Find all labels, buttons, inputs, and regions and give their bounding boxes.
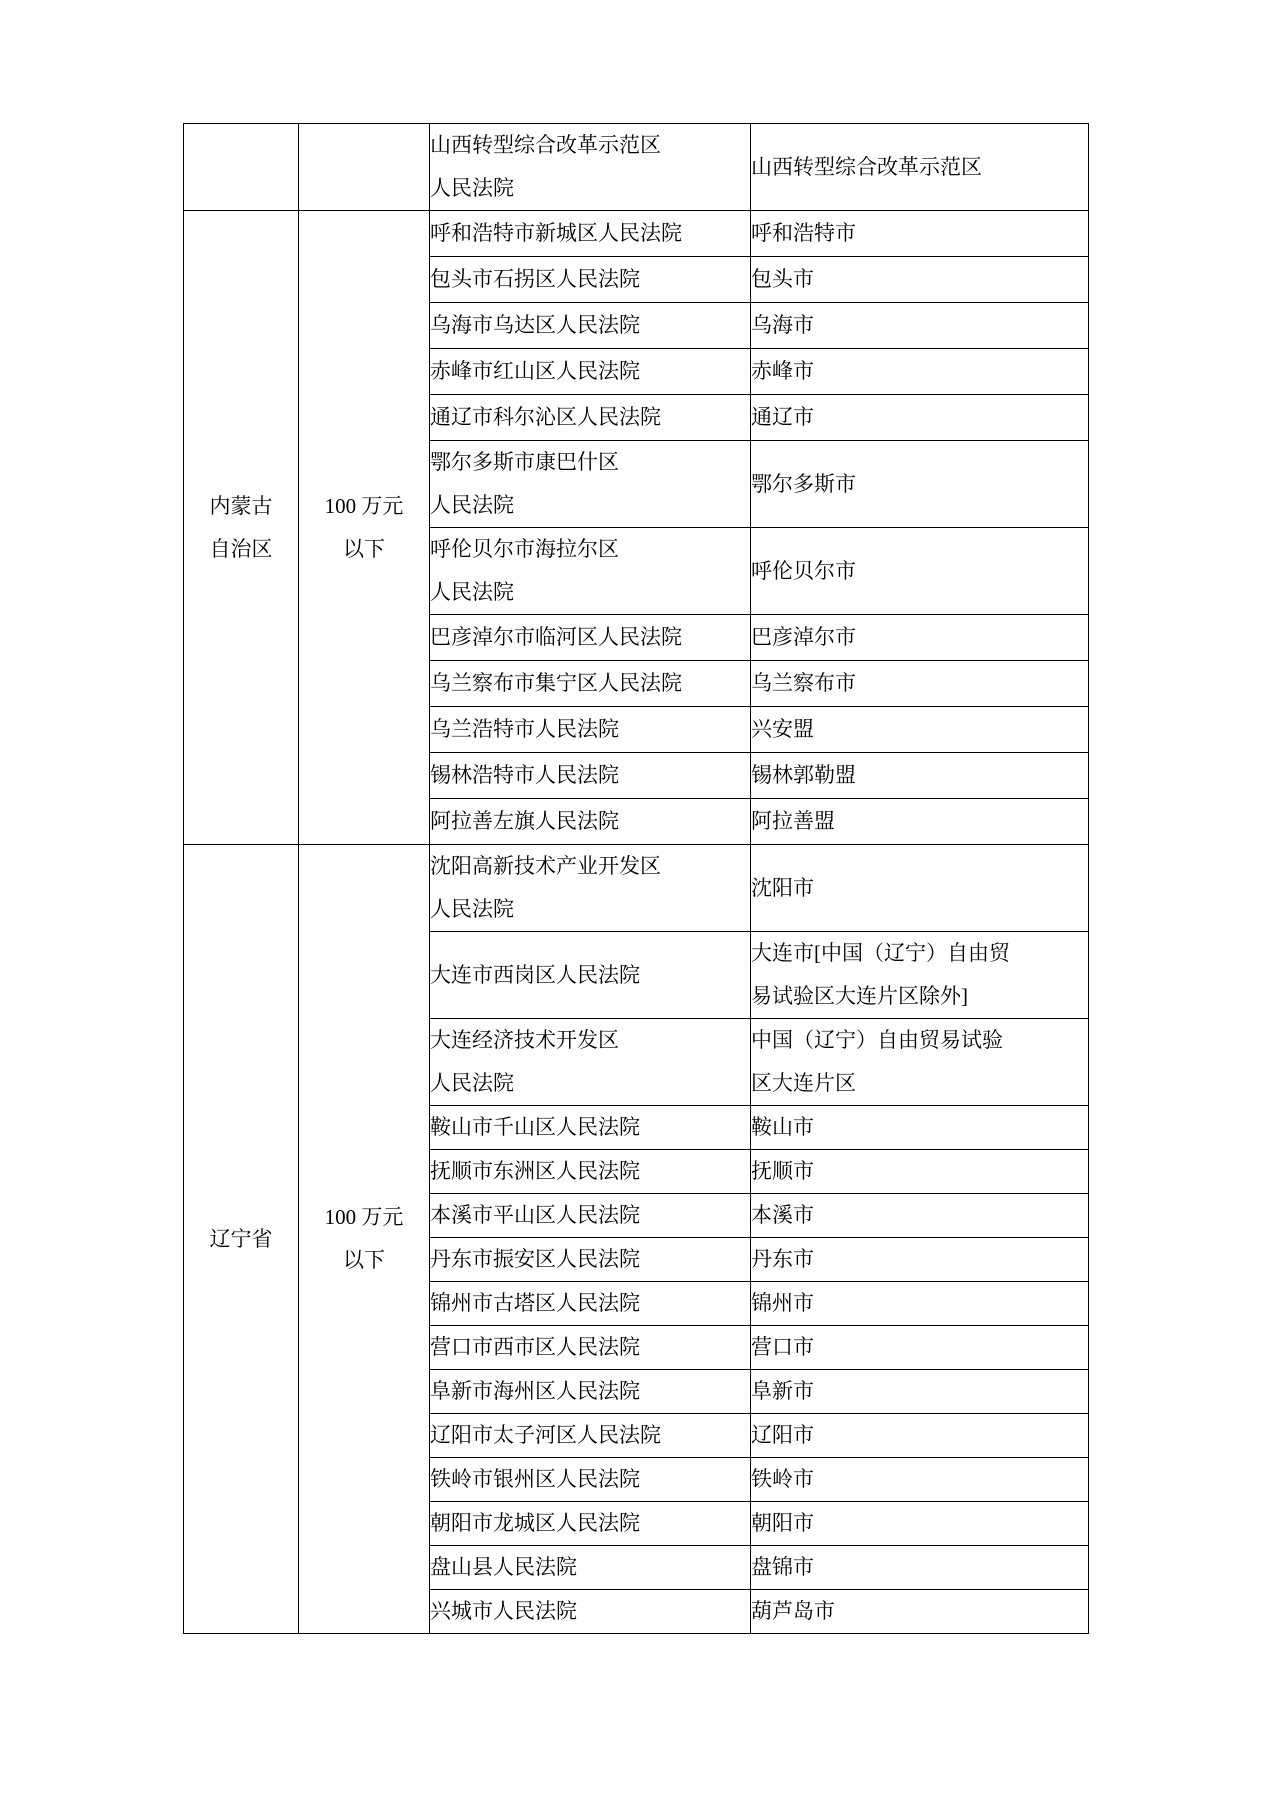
court-name-cell: 本溪市平山区人民法院	[430, 1194, 751, 1238]
court-name-cell: 铁岭市银州区人民法院	[430, 1458, 751, 1502]
region-cell: 通辽市	[751, 395, 1089, 441]
region-cell: 兴安盟	[751, 707, 1089, 753]
region-cell: 巴彦淖尔市	[751, 615, 1089, 661]
court-name-cell: 盘山县人民法院	[430, 1546, 751, 1590]
court-name-cell: 赤峰市红山区人民法院	[430, 349, 751, 395]
amount-threshold-cell	[299, 124, 430, 211]
region-cell: 鞍山市	[751, 1106, 1089, 1150]
court-name-cell: 大连市西岗区人民法院	[430, 932, 751, 1019]
region-cell: 铁岭市	[751, 1458, 1089, 1502]
region-cell: 锡林郭勒盟	[751, 753, 1089, 799]
court-name-cell: 锦州市古塔区人民法院	[430, 1282, 751, 1326]
table-row: 内蒙古 自治区100 万元 以下呼和浩特市新城区人民法院呼和浩特市	[184, 211, 1089, 257]
region-cell: 抚顺市	[751, 1150, 1089, 1194]
region-cell: 盘锦市	[751, 1546, 1089, 1590]
region-cell: 乌兰察布市	[751, 661, 1089, 707]
region-cell: 鄂尔多斯市	[751, 441, 1089, 528]
court-name-cell: 乌兰浩特市人民法院	[430, 707, 751, 753]
region-cell: 朝阳市	[751, 1502, 1089, 1546]
region-cell: 山西转型综合改革示范区	[751, 124, 1089, 211]
region-cell: 丹东市	[751, 1238, 1089, 1282]
court-name-cell: 山西转型综合改革示范区 人民法院	[430, 124, 751, 211]
table-row: 山西转型综合改革示范区 人民法院山西转型综合改革示范区	[184, 124, 1089, 211]
court-name-cell: 锡林浩特市人民法院	[430, 753, 751, 799]
region-cell: 沈阳市	[751, 845, 1089, 932]
document-page: 山西转型综合改革示范区 人民法院山西转型综合改革示范区内蒙古 自治区100 万元…	[0, 0, 1280, 1810]
amount-threshold-cell: 100 万元 以下	[299, 211, 430, 845]
region-cell: 大连市[中国（辽宁）自由贸 易试验区大连片区除外]	[751, 932, 1089, 1019]
court-name-cell: 大连经济技术开发区 人民法院	[430, 1019, 751, 1106]
region-cell: 阜新市	[751, 1370, 1089, 1414]
region-cell: 本溪市	[751, 1194, 1089, 1238]
court-name-cell: 通辽市科尔沁区人民法院	[430, 395, 751, 441]
court-name-cell: 鄂尔多斯市康巴什区 人民法院	[430, 441, 751, 528]
court-name-cell: 鞍山市千山区人民法院	[430, 1106, 751, 1150]
region-cell: 呼伦贝尔市	[751, 528, 1089, 615]
table-body: 山西转型综合改革示范区 人民法院山西转型综合改革示范区内蒙古 自治区100 万元…	[184, 124, 1089, 1634]
region-cell: 呼和浩特市	[751, 211, 1089, 257]
region-cell: 锦州市	[751, 1282, 1089, 1326]
amount-threshold-cell: 100 万元 以下	[299, 845, 430, 1634]
region-cell: 葫芦岛市	[751, 1590, 1089, 1634]
region-cell: 阿拉善盟	[751, 799, 1089, 845]
court-name-cell: 呼和浩特市新城区人民法院	[430, 211, 751, 257]
court-name-cell: 阜新市海州区人民法院	[430, 1370, 751, 1414]
court-name-cell: 包头市石拐区人民法院	[430, 257, 751, 303]
court-name-cell: 呼伦贝尔市海拉尔区 人民法院	[430, 528, 751, 615]
region-cell: 中国（辽宁）自由贸易试验 区大连片区	[751, 1019, 1089, 1106]
court-name-cell: 阿拉善左旗人民法院	[430, 799, 751, 845]
court-name-cell: 抚顺市东洲区人民法院	[430, 1150, 751, 1194]
province-cell: 内蒙古 自治区	[184, 211, 299, 845]
court-name-cell: 沈阳高新技术产业开发区 人民法院	[430, 845, 751, 932]
region-cell: 包头市	[751, 257, 1089, 303]
table-row: 辽宁省100 万元 以下沈阳高新技术产业开发区 人民法院沈阳市	[184, 845, 1089, 932]
court-name-cell: 朝阳市龙城区人民法院	[430, 1502, 751, 1546]
court-name-cell: 乌兰察布市集宁区人民法院	[430, 661, 751, 707]
region-cell: 乌海市	[751, 303, 1089, 349]
court-name-cell: 兴城市人民法院	[430, 1590, 751, 1634]
court-name-cell: 辽阳市太子河区人民法院	[430, 1414, 751, 1458]
court-name-cell: 乌海市乌达区人民法院	[430, 303, 751, 349]
region-cell: 辽阳市	[751, 1414, 1089, 1458]
court-name-cell: 丹东市振安区人民法院	[430, 1238, 751, 1282]
court-jurisdiction-table: 山西转型综合改革示范区 人民法院山西转型综合改革示范区内蒙古 自治区100 万元…	[183, 123, 1089, 1634]
court-name-cell: 营口市西市区人民法院	[430, 1326, 751, 1370]
province-cell	[184, 124, 299, 211]
region-cell: 营口市	[751, 1326, 1089, 1370]
court-name-cell: 巴彦淖尔市临河区人民法院	[430, 615, 751, 661]
province-cell: 辽宁省	[184, 845, 299, 1634]
region-cell: 赤峰市	[751, 349, 1089, 395]
